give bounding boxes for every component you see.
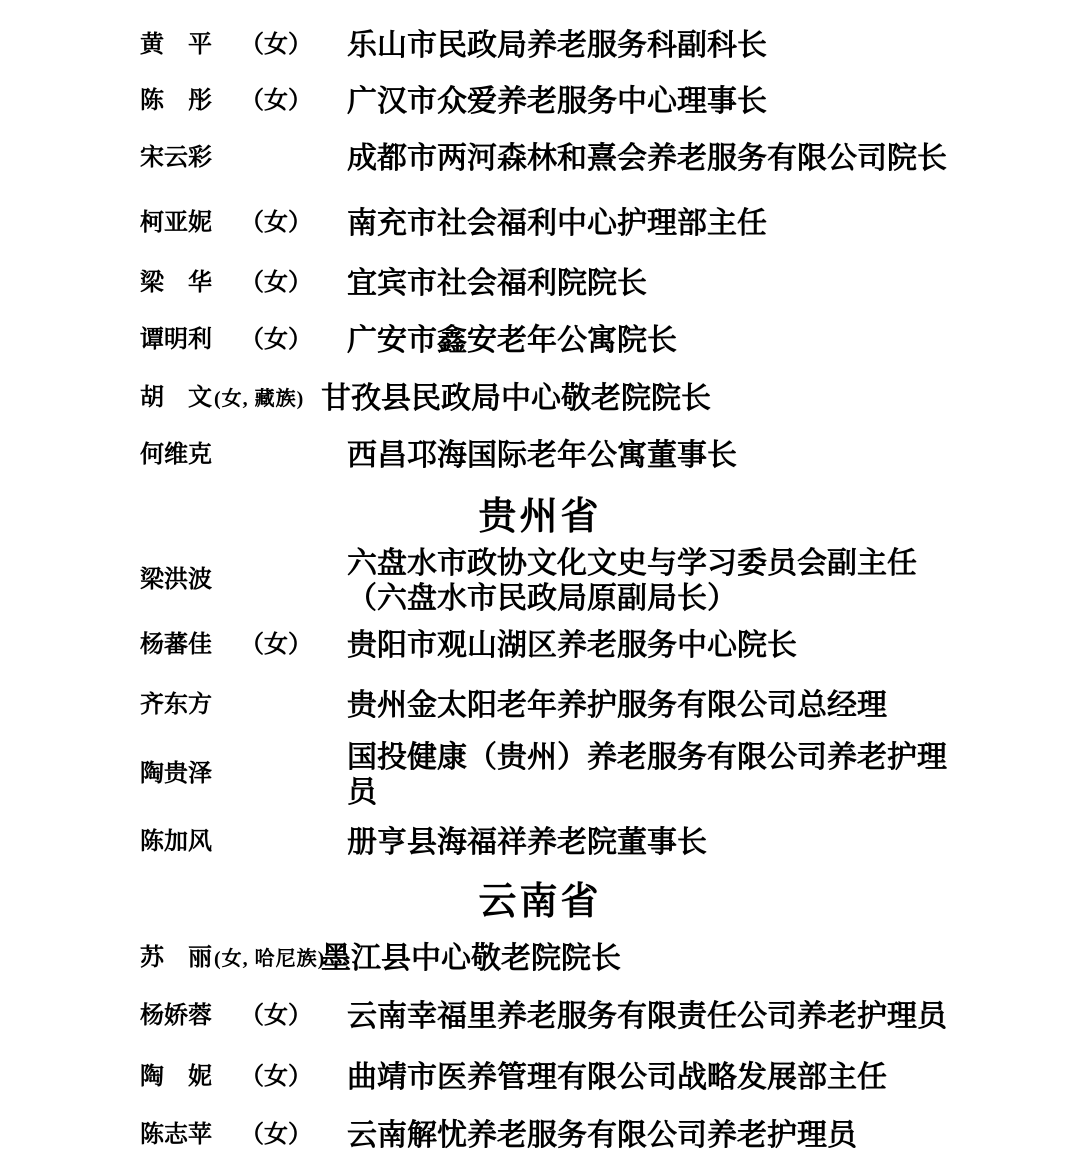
entry-gender-annotation: （女） [240,999,312,1033]
entry-name: 陈加风 [140,825,310,859]
entry-gender-annotation: (女, 哈尼族) [214,942,325,976]
entry-gender-annotation: （女） [240,266,312,300]
entry-title: 甘孜县民政局中心敬老院院长 [321,381,981,416]
entry-title: 广安市鑫安老年公寓院长 [347,323,1007,358]
entry-title: 曲靖市医养管理有限公司战略发展部主任 [347,1060,1007,1095]
entry-title: 乐山市民政局养老服务科副科长 [347,28,1007,63]
entry-title: 墨江县中心敬老院院长 [321,941,981,976]
entry-name: 陶贵泽 [140,757,310,791]
entry-name: 梁洪波 [140,563,310,597]
entry-gender-annotation: (女, 藏族) [214,382,304,416]
entry-title: 宜宾市社会福利院院长 [347,266,1007,301]
entry-gender-annotation: （女） [240,1118,312,1152]
entry-gender-annotation: （女） [240,323,312,357]
section-header: 贵州省 [0,498,1080,536]
entry-title: 六盘水市政协文化文史与学习委员会副主任 （六盘水市民政局原副局长） [347,546,1007,616]
entry-gender-annotation: （女） [240,628,312,662]
entry-title: 广汉市众爱养老服务中心理事长 [347,84,1007,119]
award-list-page: 黄 平（女）乐山市民政局养老服务科副科长陈 彤（女）广汉市众爱养老服务中心理事长… [0,0,1080,1164]
entry-title: 成都市两河森林和熹会养老服务有限公司院长 [347,141,1007,176]
entry-name: 齐东方 [140,688,310,722]
entry-gender-annotation: （女） [240,84,312,118]
entry-title: 国投健康（贵州）养老服务有限公司养老护理 员 [347,740,1007,810]
entry-name: 何维克 [140,438,310,472]
entry-title: 南充市社会福利中心护理部主任 [347,206,1007,241]
entry-gender-annotation: （女） [240,206,312,240]
entry-title: 云南解忧养老服务有限公司养老护理员 [347,1118,1007,1153]
entry-gender-annotation: （女） [240,1060,312,1094]
entry-title: 西昌邛海国际老年公寓董事长 [347,438,1007,473]
entry-gender-annotation: （女） [240,28,312,62]
entry-title: 贵州金太阳老年养护服务有限公司总经理 [347,688,1007,723]
section-header: 云南省 [0,883,1080,921]
entry-title: 册亨县海福祥养老院董事长 [347,825,1007,860]
entry-name: 宋云彩 [140,141,310,175]
entry-title: 云南幸福里养老服务有限责任公司养老护理员 [347,999,1007,1034]
entry-title: 贵阳市观山湖区养老服务中心院长 [347,628,1007,663]
